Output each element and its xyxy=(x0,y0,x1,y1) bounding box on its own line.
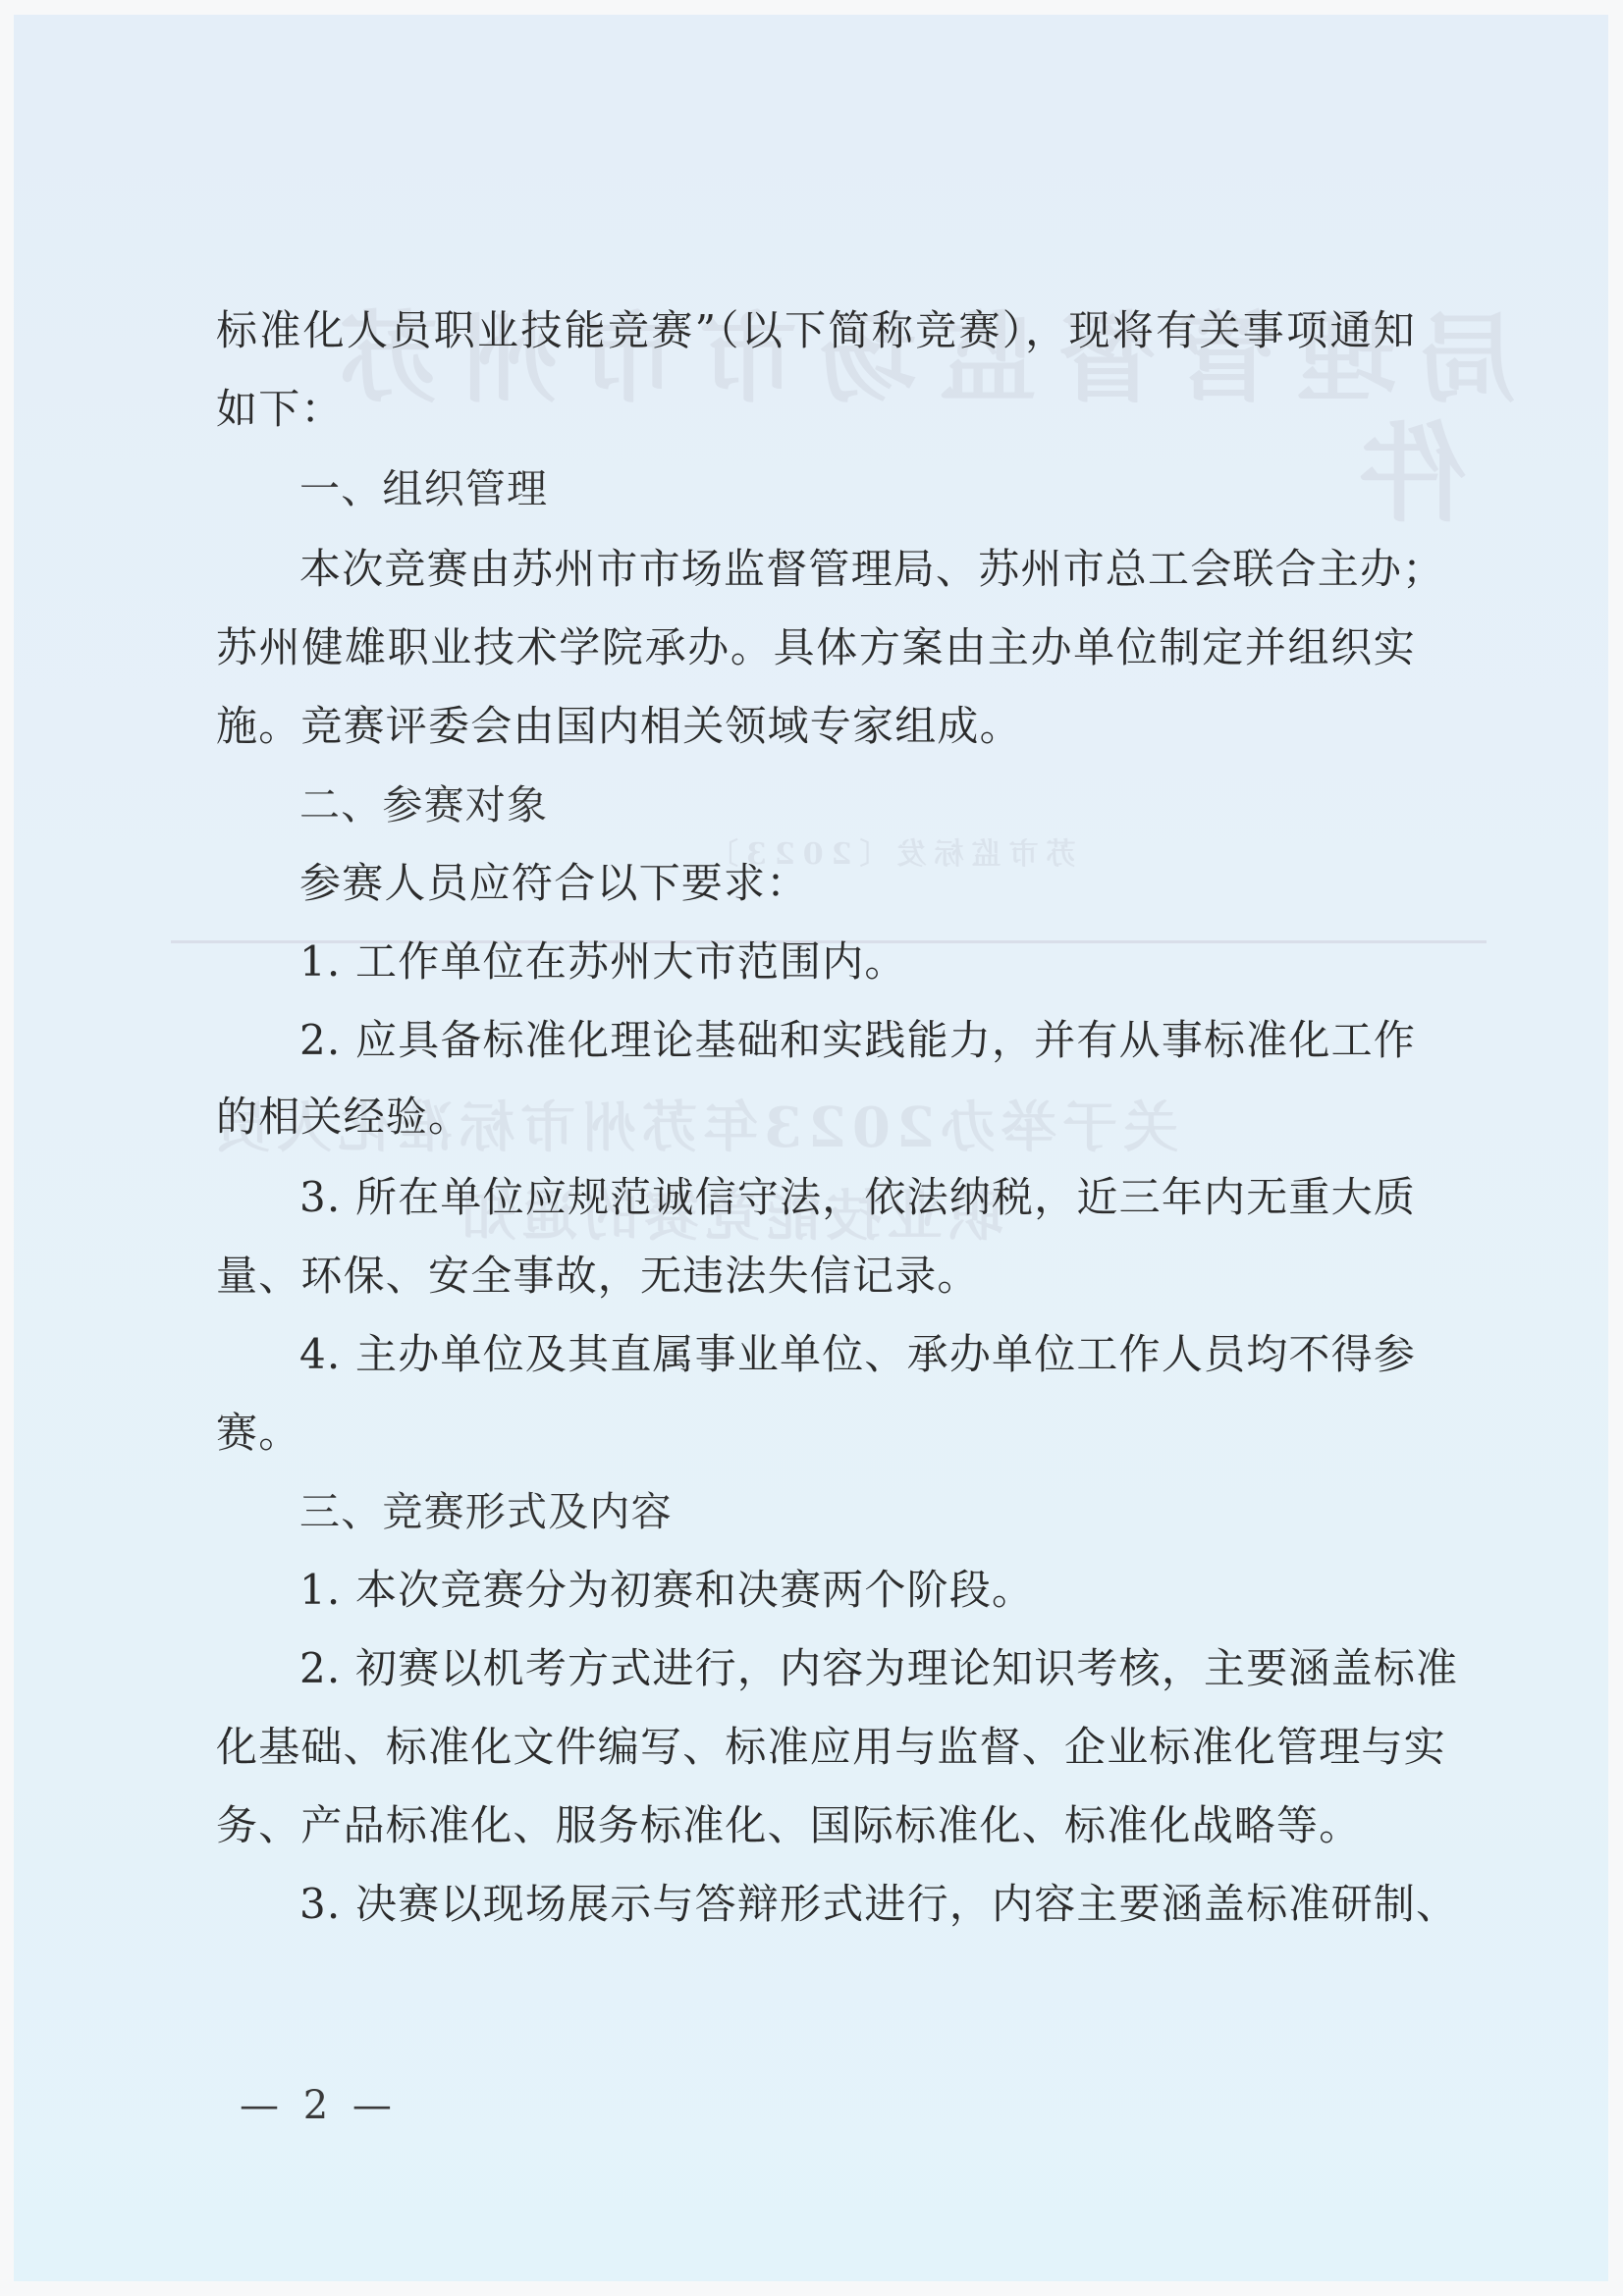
list-item: 2. 初赛以机考方式进行，内容为理论知识考核，主要涵盖标准 xyxy=(299,1629,1416,1708)
section-heading: 二、参赛对象 xyxy=(299,766,1416,844)
text-line: 化基础、标准化文件编写、标准应用与监督、企业标准化管理与实 xyxy=(216,1708,1416,1787)
text-line: 如下： xyxy=(216,370,1416,449)
section-heading: 三、竞赛形式及内容 xyxy=(299,1472,1416,1551)
text-line: 标准化人员职业技能竞赛”（以下简称竞赛），现将有关事项通知 xyxy=(216,292,1416,370)
text-line: 参赛人员应符合以下要求： xyxy=(299,844,1416,923)
text-line: 量、环保、安全事故，无违法失信记录。 xyxy=(216,1237,1416,1315)
list-item: 3. 所在单位应规范诚信守法，依法纳税，近三年内无重大质 xyxy=(299,1158,1416,1237)
text-line: 施。竞赛评委会由国内相关领域专家组成。 xyxy=(216,687,1416,766)
text-line: 苏州健雄职业技术学院承办。具体方案由主办单位制定并组织实 xyxy=(216,609,1416,687)
page-number: — 2 — xyxy=(240,2066,398,2145)
text-line: 本次竞赛由苏州市市场监督管理局、苏州市总工会联合主办； xyxy=(299,530,1416,609)
section-heading: 一、组织管理 xyxy=(299,450,1416,528)
list-item: 1. 本次竞赛分为初赛和决赛两个阶段。 xyxy=(299,1551,1416,1629)
text-line: 赛。 xyxy=(216,1394,1416,1472)
text-line: 务、产品标准化、服务标准化、国际标准化、标准化战略等。 xyxy=(216,1787,1416,1865)
list-item: 4. 主办单位及其直属事业单位、承办单位工作人员均不得参 xyxy=(299,1315,1416,1394)
list-item: 1. 工作单位在苏州大市范围内。 xyxy=(299,923,1416,1001)
text-line: 的相关经验。 xyxy=(216,1078,1416,1156)
list-item: 2. 应具备标准化理论基础和实践能力，并有从事标准化工作 xyxy=(299,1001,1416,1080)
list-item: 3. 决赛以现场展示与答辩形式进行，内容主要涵盖标准研制、 xyxy=(299,1865,1416,1944)
document-page: 局理管督监场市市州苏 件 苏市监标发〔2023〕 关于举办2023年苏州市标准化… xyxy=(14,15,1608,2281)
